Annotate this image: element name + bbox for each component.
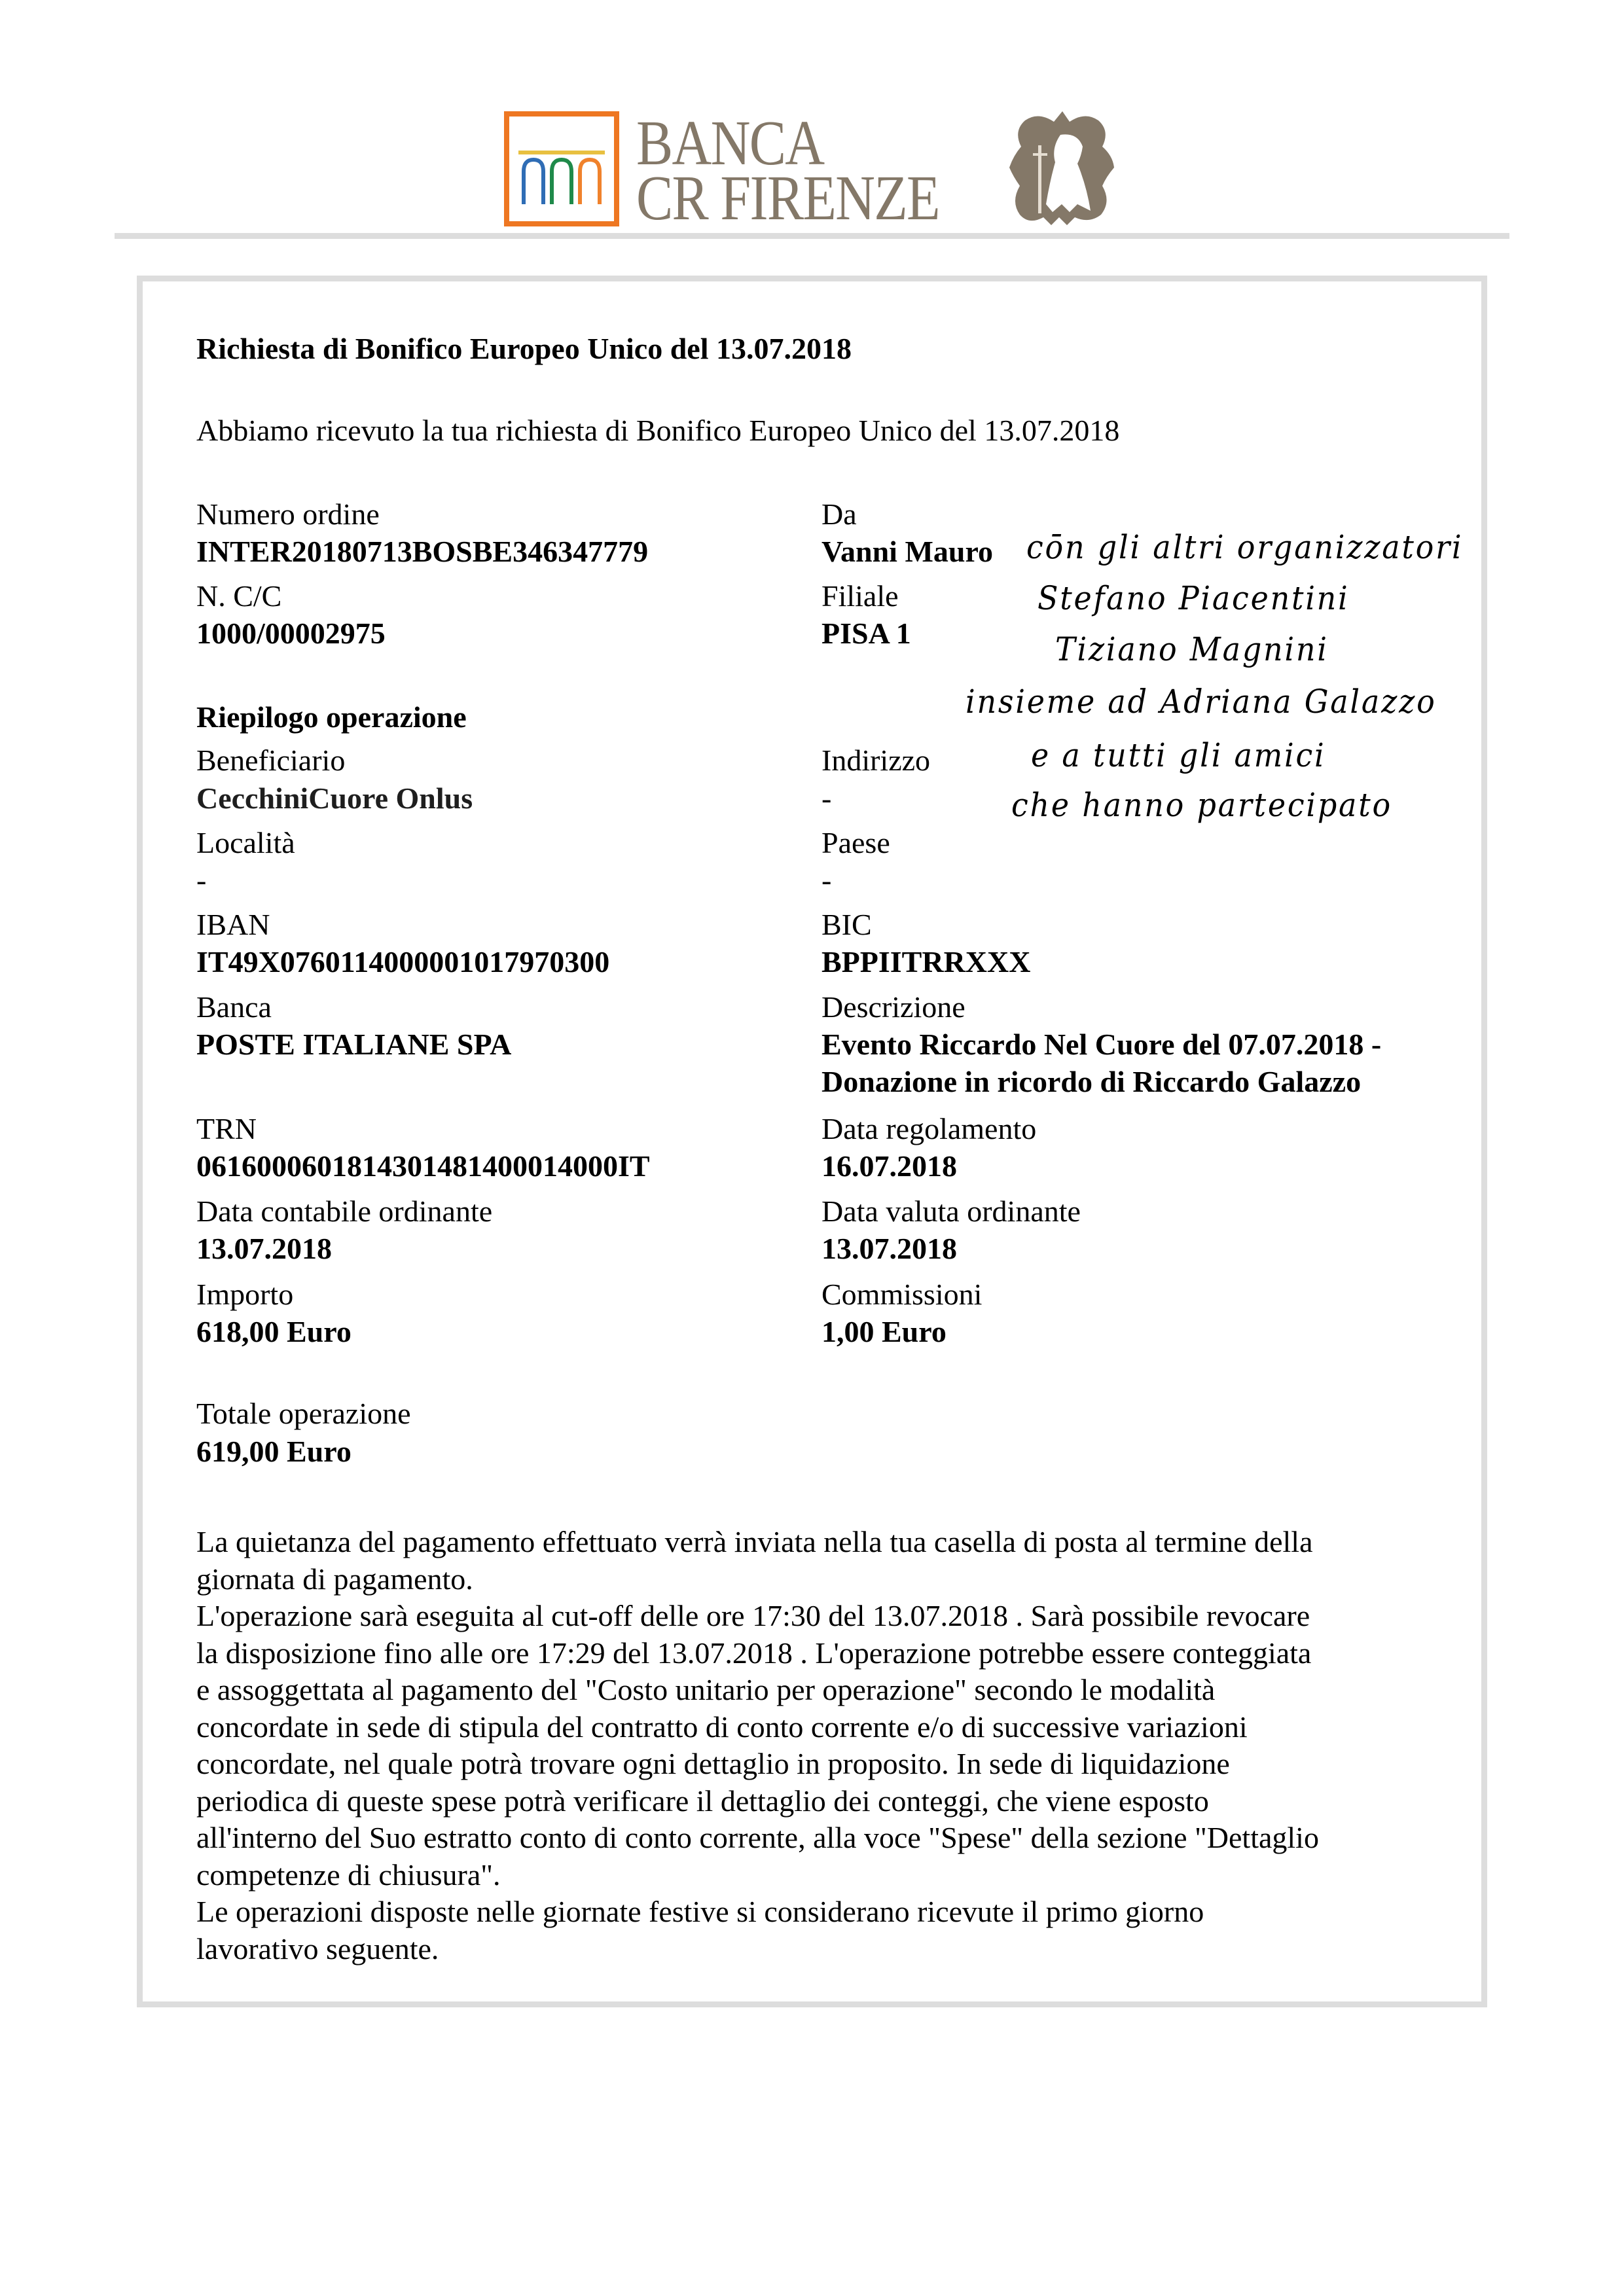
descrizione-value-line2: Donazione in ricordo di Riccardo Galazzo [821,1064,1361,1100]
terms-line: periodica di queste spese potrà verifica… [196,1783,1479,1820]
intro-text: Abbiamo ricevuto la tua richiesta di Bon… [196,412,1119,449]
beneficiario-label: Beneficiario [196,742,345,779]
handwritten-note-line6: che hanno partecipato [1011,785,1392,825]
page-title: Richiesta di Bonifico Europeo Unico del … [196,331,852,367]
paese-value: - [821,862,831,899]
bank-name-line2: CR FIRENZE [636,166,939,230]
da-value: Vanni Mauro [821,533,993,570]
bic-label: BIC [821,906,872,943]
handwritten-note-line4: insieme ad Adriana Galazzo [965,682,1437,721]
handwritten-note-line3: Tiziano Magnini [1055,630,1329,669]
terms-line: la disposizione fino alle ore 17:29 del … [196,1635,1479,1672]
heraldic-emblem-icon [1007,109,1118,226]
commissioni-value: 1,00 Euro [821,1314,947,1350]
trn-label: TRN [196,1111,257,1147]
bank-logo [504,111,619,226]
terms-line: competenze di chiusura". [196,1857,1479,1894]
iban-label: IBAN [196,906,270,943]
handwritten-note-line1: cōn gli altri organizzatori [1026,528,1463,567]
data-valuta-label: Data valuta ordinante [821,1193,1081,1230]
data-contabile-value: 13.07.2018 [196,1230,332,1267]
banca-label: Banca [196,989,272,1026]
cc-value: 1000/00002975 [196,615,386,652]
terms-line: e assoggettata al pagamento del "Costo u… [196,1672,1479,1709]
beneficiario-value: CecchiniCuore Onlus [196,780,473,817]
terms-line: Le operazioni disposte nelle giornate fe… [196,1893,1479,1931]
indirizzo-value: - [821,780,831,817]
bic-value: BPPIITRRXXX [821,944,1030,980]
header-divider [115,233,1509,239]
descrizione-label: Descrizione [821,989,965,1026]
terms-line: La quietanza del pagamento effettuato ve… [196,1524,1479,1561]
terms-paragraph: La quietanza del pagamento effettuato ve… [196,1524,1479,1967]
terms-line: concordate in sede di stipula del contra… [196,1709,1479,1746]
banca-value: POSTE ITALIANE SPA [196,1026,511,1063]
totale-value: 619,00 Euro [196,1433,352,1470]
summary-heading: Riepilogo operazione [196,699,467,736]
descrizione-value-line1: Evento Riccardo Nel Cuore del 07.07.2018… [821,1026,1381,1063]
importo-label: Importo [196,1276,293,1313]
data-regolamento-value: 16.07.2018 [821,1148,957,1185]
terms-line: L'operazione sarà eseguita al cut-off de… [196,1598,1479,1635]
iban-value: IT49X0760114000001017970300 [196,944,609,980]
commissioni-label: Commissioni [821,1276,982,1313]
filiale-value: PISA 1 [821,615,911,652]
terms-line: all'interno del Suo estratto conto di co… [196,1820,1479,1857]
data-valuta-value: 13.07.2018 [821,1230,957,1267]
numero-ordine-value: INTER20180713BOSBE346347779 [196,533,648,570]
importo-value: 618,00 Euro [196,1314,352,1350]
data-contabile-label: Data contabile ordinante [196,1193,492,1230]
terms-line: giornata di pagamento. [196,1561,1479,1598]
paese-label: Paese [821,825,890,861]
da-label: Da [821,496,857,533]
terms-line: lavorativo seguente. [196,1931,1479,1968]
filiale-label: Filiale [821,578,899,615]
handwritten-note-line5: e a tutti gli amici [1031,736,1326,775]
handwritten-note-line2: Stefano Piacentini [1038,579,1350,618]
arches-logo-icon [509,117,614,221]
cc-label: N. C/C [196,578,281,615]
data-regolamento-label: Data regolamento [821,1111,1036,1147]
numero-ordine-label: Numero ordine [196,496,380,533]
trn-value: 0616000601814301481400014000IT [196,1148,650,1185]
totale-label: Totale operazione [196,1395,411,1432]
terms-line: concordate, nel quale potrà trovare ogni… [196,1746,1479,1783]
localita-label: Località [196,825,295,861]
indirizzo-label: Indirizzo [821,742,930,779]
localita-value: - [196,862,206,899]
